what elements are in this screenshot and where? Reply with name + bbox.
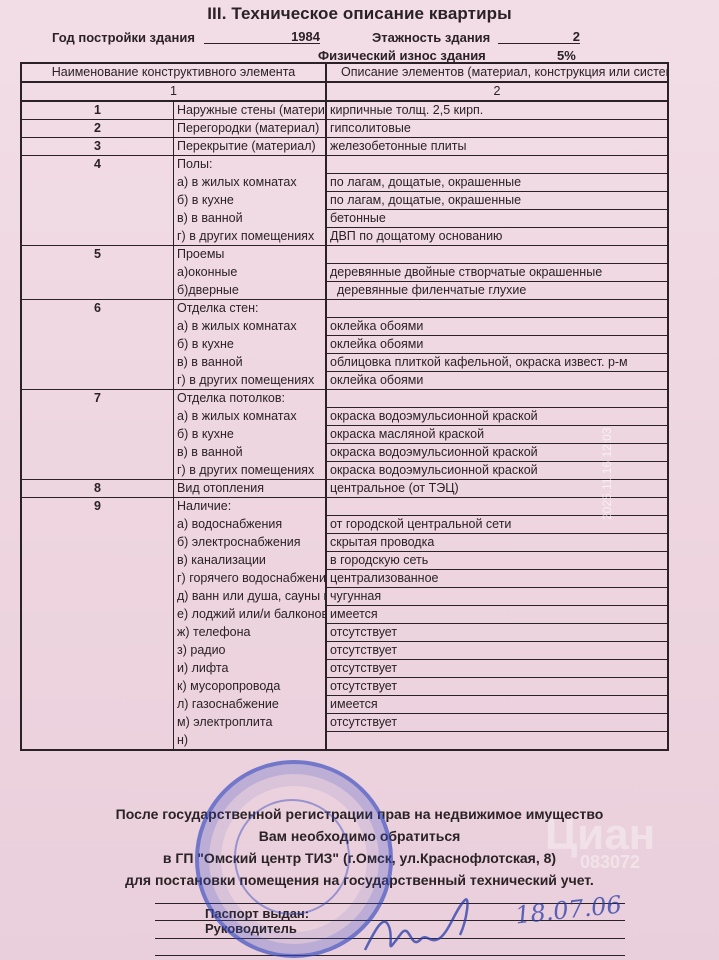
element-description: от городской центральной сети (326, 516, 668, 534)
element-description: отсутствует (326, 660, 668, 678)
table-row: а)оконныедеревянные двойные створчатые о… (21, 264, 668, 282)
row-number: 3 (21, 138, 174, 156)
table-row: г) в других помещенияхоклейка обоями (21, 372, 668, 390)
table-row: г) горячего водоснабженияцентрализованно… (21, 570, 668, 588)
element-description: в городскую сеть (326, 552, 668, 570)
table-row: 9Наличие: (21, 498, 668, 516)
row-number (21, 408, 174, 426)
element-name: е) лоджий или/и балконов (174, 606, 327, 624)
element-name: а) в жилых комнатах (174, 318, 327, 336)
element-name: Отделка потолков: (174, 390, 327, 408)
signature-date: 18.07.06 (514, 890, 623, 929)
element-description: централизованное (326, 570, 668, 588)
table-row: д) ванн или душа, сауны или бассейначугу… (21, 588, 668, 606)
element-name: б) электроснабжения (174, 534, 327, 552)
signature-icon (355, 890, 515, 960)
watermark-id: 083072 (580, 852, 640, 873)
element-name: Вид отопления (174, 480, 327, 498)
table-row: з) радиоотсутствует (21, 642, 668, 660)
table-row: л) газоснабжениеимеется (21, 696, 668, 714)
element-name: г) горячего водоснабжения (174, 570, 327, 588)
row-number: 2 (21, 120, 174, 138)
table-row: 7Отделка потолков: (21, 390, 668, 408)
row-number: 1 (21, 101, 174, 120)
element-description: отсутствует (326, 714, 668, 732)
element-name: ж) телефона (174, 624, 327, 642)
colnum-1: 1 (21, 82, 326, 101)
table-row: 3Перекрытие (материал)железобетонные пли… (21, 138, 668, 156)
photo-timestamp: 2025.11.16 12:03 (600, 427, 614, 520)
table-row: ж) телефонаотсутствует (21, 624, 668, 642)
element-description: имеется (326, 696, 668, 714)
element-name: а) в жилых комнатах (174, 174, 327, 192)
element-description (326, 498, 668, 516)
row-number (21, 660, 174, 678)
element-name: и) лифта (174, 660, 327, 678)
element-description: оклейка обоями (326, 336, 668, 354)
table-row: а) водоснабженияот городской центральной… (21, 516, 668, 534)
element-description: скрытая проводка (326, 534, 668, 552)
element-name: в) в ванной (174, 444, 327, 462)
element-name: б) в кухне (174, 336, 327, 354)
element-name: д) ванн или душа, сауны или бассейна (174, 588, 327, 606)
element-name: к) мусоропровода (174, 678, 327, 696)
table-row: г) в других помещенияхокраска водоэмульс… (21, 462, 668, 480)
table-row: 4Полы: (21, 156, 668, 174)
table-row: а) в жилых комнатахпо лагам, дощатые, ок… (21, 174, 668, 192)
element-description: оклейка обоями (326, 318, 668, 336)
element-description (326, 246, 668, 264)
row-number (21, 192, 174, 210)
table-row: 1Наружные стены (материал)кирпичные толщ… (21, 101, 668, 120)
element-description: гипсолитовые (326, 120, 668, 138)
row-number: 4 (21, 156, 174, 174)
element-name: Наружные стены (материал) (174, 101, 327, 120)
table-row: б) электроснабженияскрытая проводка (21, 534, 668, 552)
row-number (21, 588, 174, 606)
element-description: облицовка плиткой кафельной, окраска изв… (326, 354, 668, 372)
element-name: з) радио (174, 642, 327, 660)
row-number (21, 642, 174, 660)
year-built-value: 1984 (204, 29, 320, 44)
element-name: в) в ванной (174, 354, 327, 372)
element-name: Перегородки (материал) (174, 120, 327, 138)
column-number-row: 1 2 (21, 82, 668, 101)
row-number (21, 372, 174, 390)
floors-value: 2 (498, 29, 580, 44)
row-number (21, 534, 174, 552)
element-name: н) (174, 732, 327, 751)
row-number (21, 336, 174, 354)
table-row: в) в ваннойоблицовка плиткой кафельной, … (21, 354, 668, 372)
row-number (21, 570, 174, 588)
element-name: Перекрытие (материал) (174, 138, 327, 156)
element-description (326, 732, 668, 751)
row-number (21, 228, 174, 246)
table-row: б) в кухнеокраска масляной краской (21, 426, 668, 444)
table-row: е) лоджий или/и балконовимеется (21, 606, 668, 624)
table-row: в) в ваннойбетонные (21, 210, 668, 228)
element-name: г) в других помещениях (174, 372, 327, 390)
element-name: л) газоснабжение (174, 696, 327, 714)
table-row: 5Проемы (21, 246, 668, 264)
head-line (155, 938, 625, 939)
row-number (21, 678, 174, 696)
row-number (21, 426, 174, 444)
row-number (21, 318, 174, 336)
element-name: Отделка стен: (174, 300, 327, 318)
table-row: н) (21, 732, 668, 751)
element-description (326, 156, 668, 174)
table-row: к) мусоропроводаотсутствует (21, 678, 668, 696)
row-number (21, 462, 174, 480)
element-description: по лагам, дощатые, окрашенные (326, 174, 668, 192)
element-description: отсутствует (326, 624, 668, 642)
head-label: Руководитель (205, 921, 297, 936)
year-built-label: Год постройки здания (52, 30, 195, 45)
table-row: а) в жилых комнатахокраска водоэмульсион… (21, 408, 668, 426)
element-name: Проемы (174, 246, 327, 264)
row-number (21, 732, 174, 751)
table-row: 2Перегородки (материал)гипсолитовые (21, 120, 668, 138)
element-name: Наличие: (174, 498, 327, 516)
row-number (21, 516, 174, 534)
table-row: г) в других помещенияхДВП по дощатому ос… (21, 228, 668, 246)
element-name: б) в кухне (174, 426, 327, 444)
element-description: ДВП по дощатому основанию (326, 228, 668, 246)
element-description: чугунная (326, 588, 668, 606)
element-name: м) электроплита (174, 714, 327, 732)
header-col1: Наименование конструктивного элемента (21, 63, 326, 82)
element-name: а)оконные (174, 264, 327, 282)
element-description: бетонные (326, 210, 668, 228)
colnum-2: 2 (326, 82, 668, 101)
element-name: Полы: (174, 156, 327, 174)
row-number (21, 552, 174, 570)
table-row: в) в ваннойокраска водоэмульсионной крас… (21, 444, 668, 462)
row-number: 6 (21, 300, 174, 318)
row-number (21, 624, 174, 642)
element-description: окраска водоэмульсионной краской (326, 444, 668, 462)
element-name: б) в кухне (174, 192, 327, 210)
element-name: в) канализации (174, 552, 327, 570)
element-description: окраска водоэмульсионной краской (326, 408, 668, 426)
row-number (21, 444, 174, 462)
header-col2: Описание элементов (материал, конструкци… (326, 63, 668, 82)
element-description (326, 300, 668, 318)
element-description: отсутствует (326, 642, 668, 660)
table-row: б) в кухнепо лагам, дощатые, окрашенные (21, 192, 668, 210)
element-description: деревянные филенчатые глухие (326, 282, 668, 300)
table-row: б)дверные деревянные филенчатые глухие (21, 282, 668, 300)
passport-issued-label: Паспорт выдан: (205, 906, 309, 921)
table-row: в) канализациив городскую сеть (21, 552, 668, 570)
row-number (21, 714, 174, 732)
table-row: а) в жилых комнатахоклейка обоями (21, 318, 668, 336)
row-number: 7 (21, 390, 174, 408)
element-description: железобетонные плиты (326, 138, 668, 156)
page-title: III. Техническое описание квартиры (0, 4, 719, 24)
table-row: и) лифтаотсутствует (21, 660, 668, 678)
element-name: а) водоснабжения (174, 516, 327, 534)
element-description: по лагам, дощатые, окрашенные (326, 192, 668, 210)
row-number (21, 282, 174, 300)
row-number (21, 696, 174, 714)
table-row: б) в кухнеоклейка обоями (21, 336, 668, 354)
floors-label: Этажность здания (372, 30, 490, 45)
element-name: а) в жилых комнатах (174, 408, 327, 426)
element-description (326, 390, 668, 408)
row-number: 8 (21, 480, 174, 498)
table-header-row: Наименование конструктивного элемента Оп… (21, 63, 668, 82)
element-description: окраска водоэмульсионной краской (326, 462, 668, 480)
element-name: г) в других помещениях (174, 228, 327, 246)
element-description: окраска масляной краской (326, 426, 668, 444)
element-description: деревянные двойные створчатые окрашенные (326, 264, 668, 282)
row-number (21, 606, 174, 624)
row-number (21, 264, 174, 282)
element-description: имеется (326, 606, 668, 624)
wear-value: 5% (557, 48, 576, 63)
row-number: 5 (21, 246, 174, 264)
wear-label: Физический износ здания (318, 48, 486, 63)
table-row: м) электроплитаотсутствует (21, 714, 668, 732)
row-number (21, 354, 174, 372)
row-number (21, 210, 174, 228)
element-description: оклейка обоями (326, 372, 668, 390)
element-name: в) в ванной (174, 210, 327, 228)
element-description: центральное (от ТЭЦ) (326, 480, 668, 498)
table-row: 6Отделка стен: (21, 300, 668, 318)
row-number (21, 174, 174, 192)
element-name: б)дверные (174, 282, 327, 300)
row-number: 9 (21, 498, 174, 516)
head-line-2 (155, 955, 625, 956)
element-description: отсутствует (326, 678, 668, 696)
technical-description-table: Наименование конструктивного элемента Оп… (20, 62, 669, 751)
table-row: 8Вид отопленияцентральное (от ТЭЦ) (21, 480, 668, 498)
element-description: кирпичные толщ. 2,5 кирп. (326, 101, 668, 120)
element-name: г) в других помещениях (174, 462, 327, 480)
